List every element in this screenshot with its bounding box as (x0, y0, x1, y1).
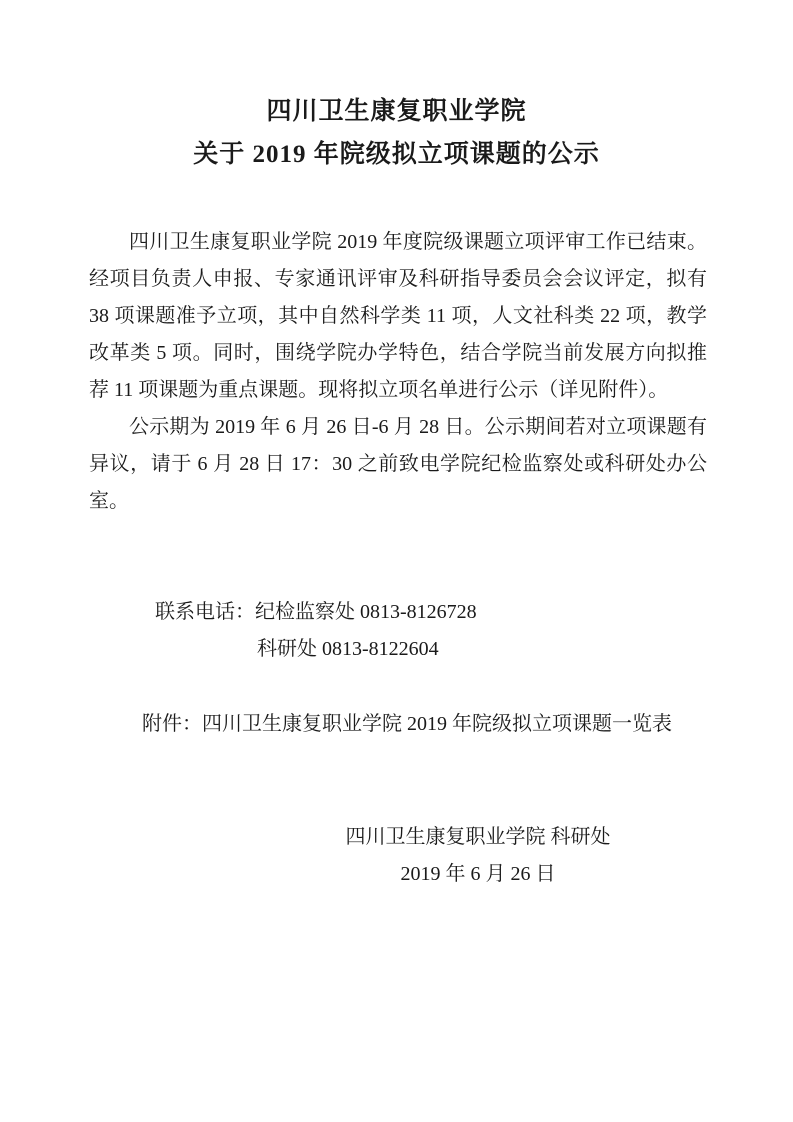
contact-line-research-office: 科研处 0813-8122604 (89, 631, 707, 668)
paragraph-1: 四川卫生康复职业学院 2019 年度院级课题立项评审工作已结束。经项目负责人申报… (89, 224, 707, 409)
contact-line-discipline-office: 联系电话：纪检监察处 0813-8126728 (89, 594, 707, 631)
document-body: 四川卫生康复职业学院 2019 年度院级课题立项评审工作已结束。经项目负责人申报… (89, 224, 707, 520)
contact-block: 联系电话：纪检监察处 0813-8126728 科研处 0813-8122604 (89, 594, 707, 668)
document-title-block: 四川卫生康复职业学院 关于 2019 年院级拟立项课题的公示 (0, 90, 793, 176)
document-title: 四川卫生康复职业学院 (0, 90, 793, 133)
paragraph-2: 公示期为 2019 年 6 月 26 日-6 月 28 日。公示期间若对立项课题… (89, 409, 707, 520)
document-page: 四川卫生康复职业学院 关于 2019 年院级拟立项课题的公示 四川卫生康复职业学… (0, 0, 793, 1122)
document-subtitle: 关于 2019 年院级拟立项课题的公示 (0, 133, 793, 176)
date-line: 2019 年 6 月 26 日 (249, 856, 707, 893)
signature-block: 四川卫生康复职业学院 科研处 2019 年 6 月 26 日 (89, 819, 707, 893)
signature-line: 四川卫生康复职业学院 科研处 (249, 819, 707, 856)
attachment-line: 附件：四川卫生康复职业学院 2019 年院级拟立项课题一览表 (89, 706, 707, 743)
